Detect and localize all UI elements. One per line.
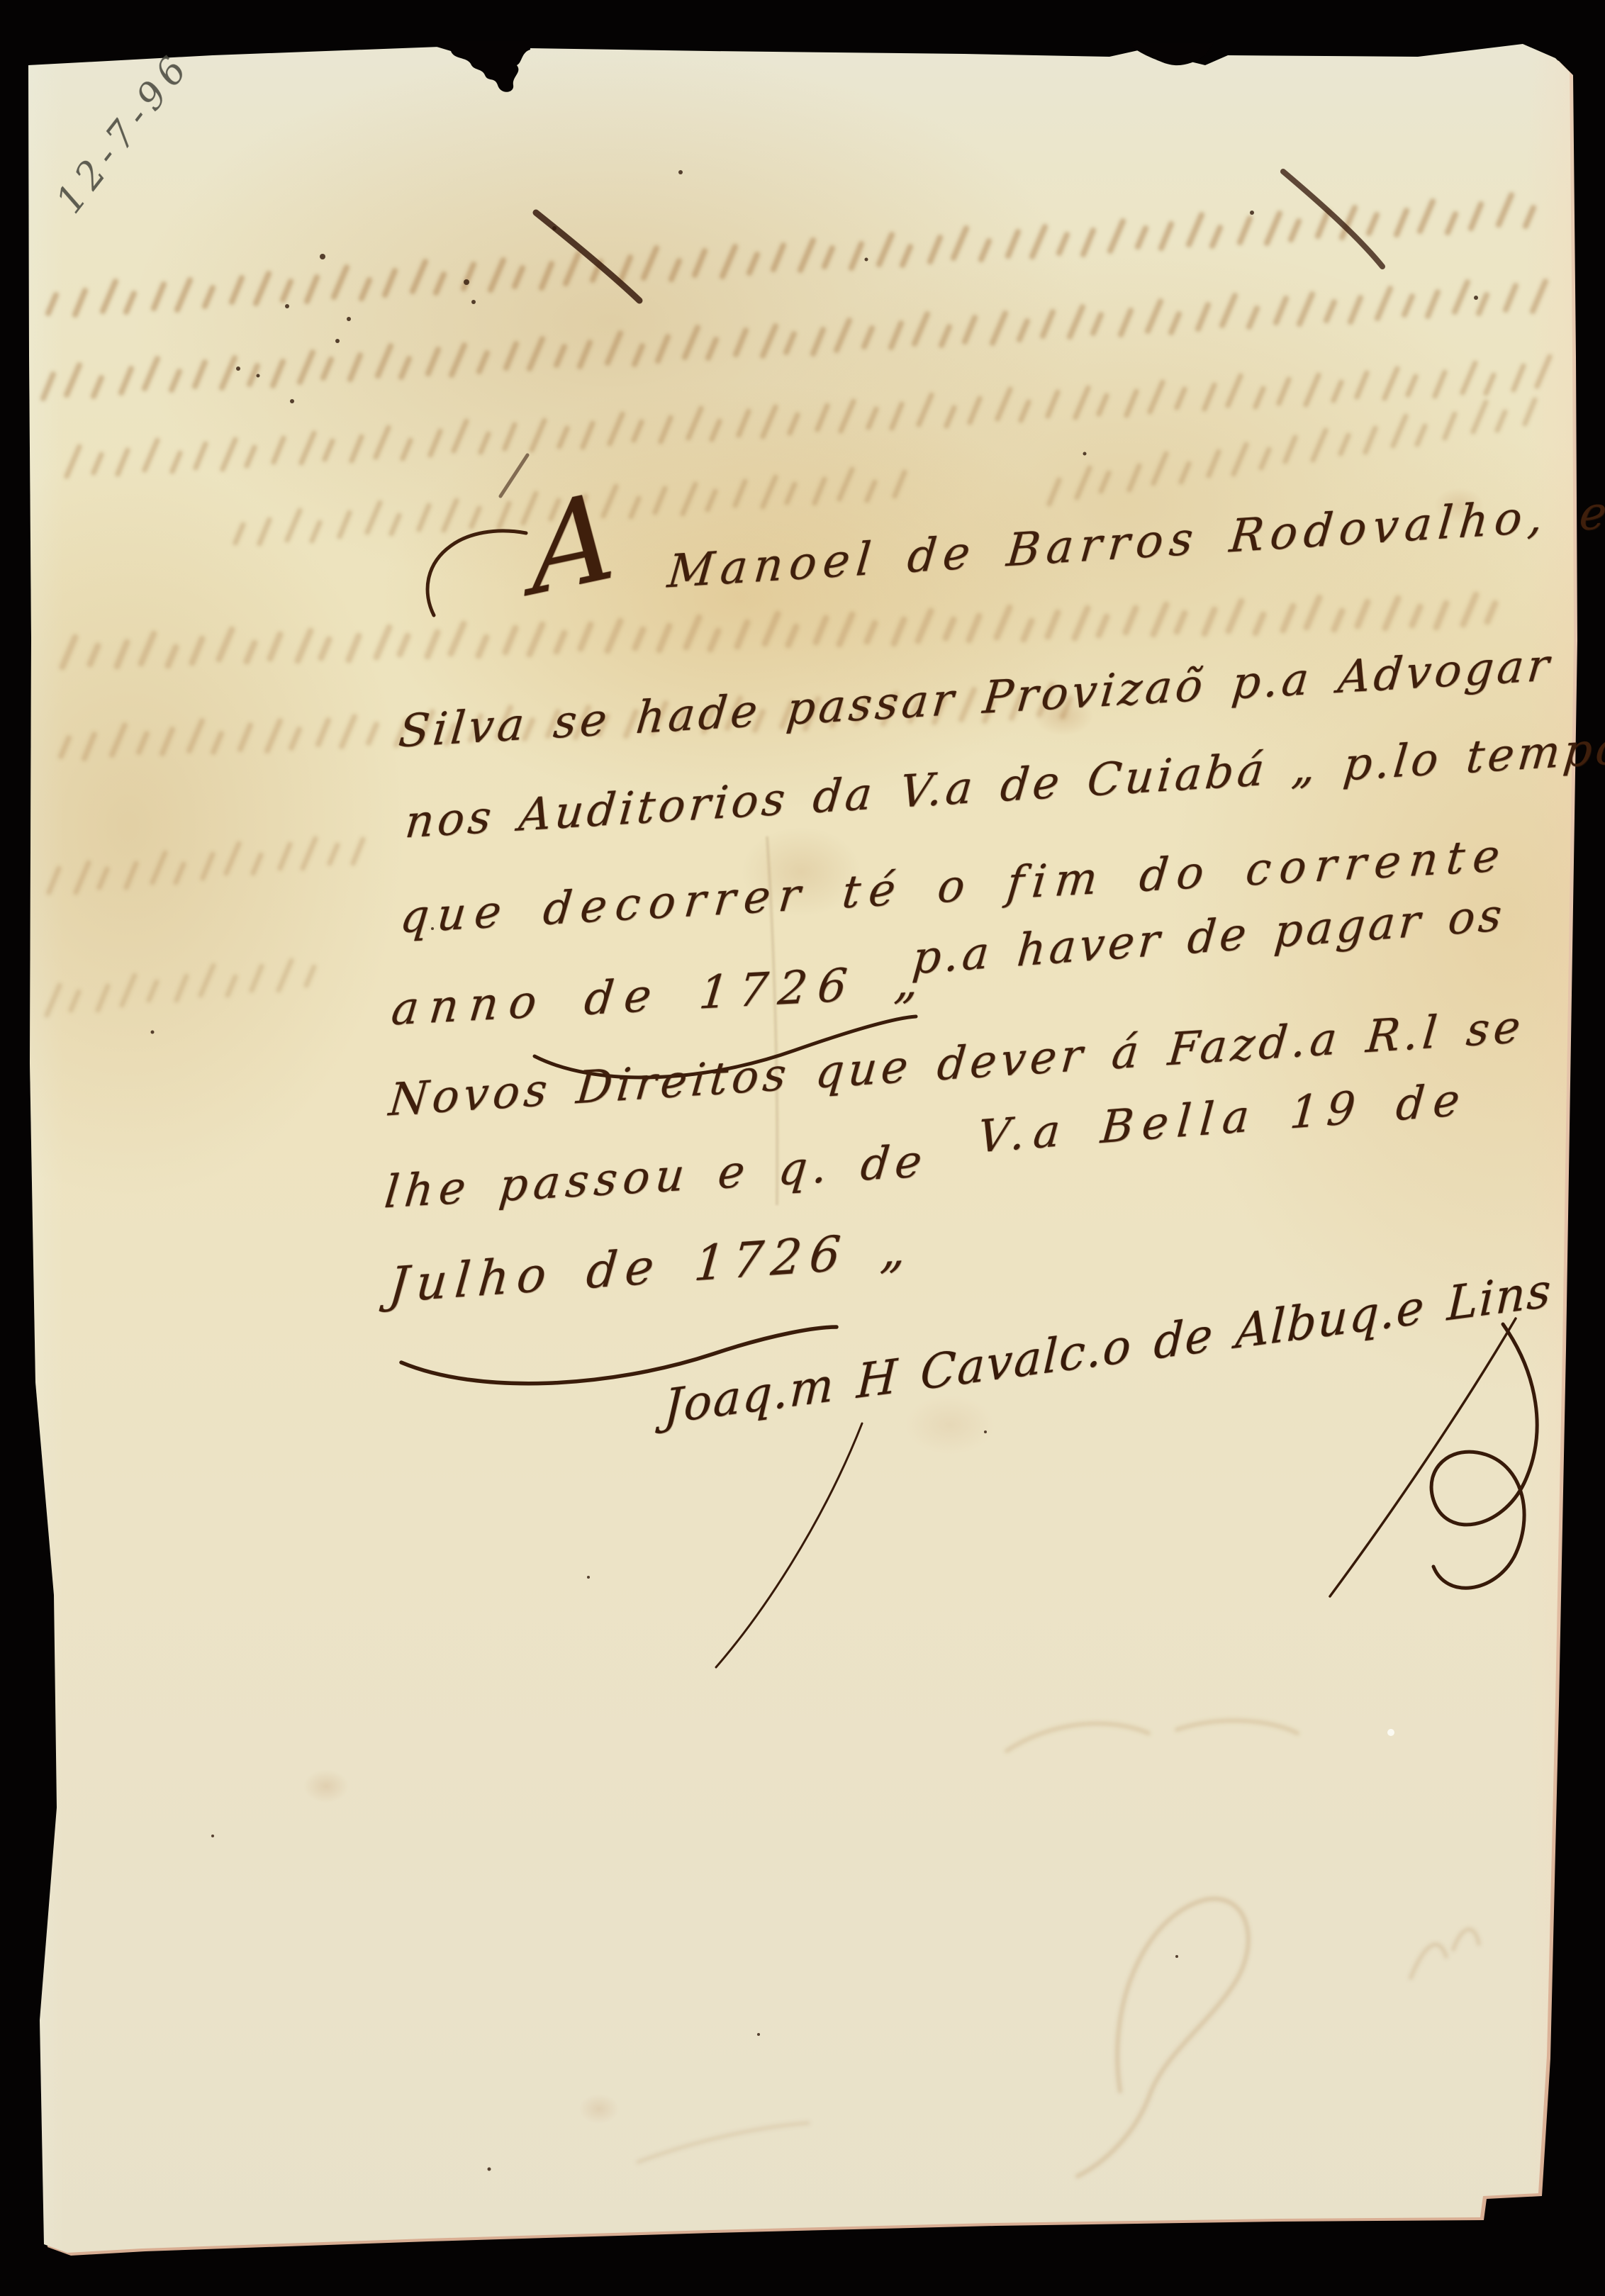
paper-edge-notch bbox=[1133, 43, 1214, 65]
paper-fleck bbox=[1387, 1729, 1394, 1736]
initial-flourish bbox=[427, 531, 526, 615]
bleedthrough-flourishes bbox=[638, 1720, 1479, 2176]
photo-backdrop: 12-7-96 A Manoel de Barros Rodovalho, e … bbox=[0, 0, 1605, 2296]
paper-tear-hole bbox=[437, 41, 530, 92]
illuminated-initial: A bbox=[526, 475, 619, 612]
